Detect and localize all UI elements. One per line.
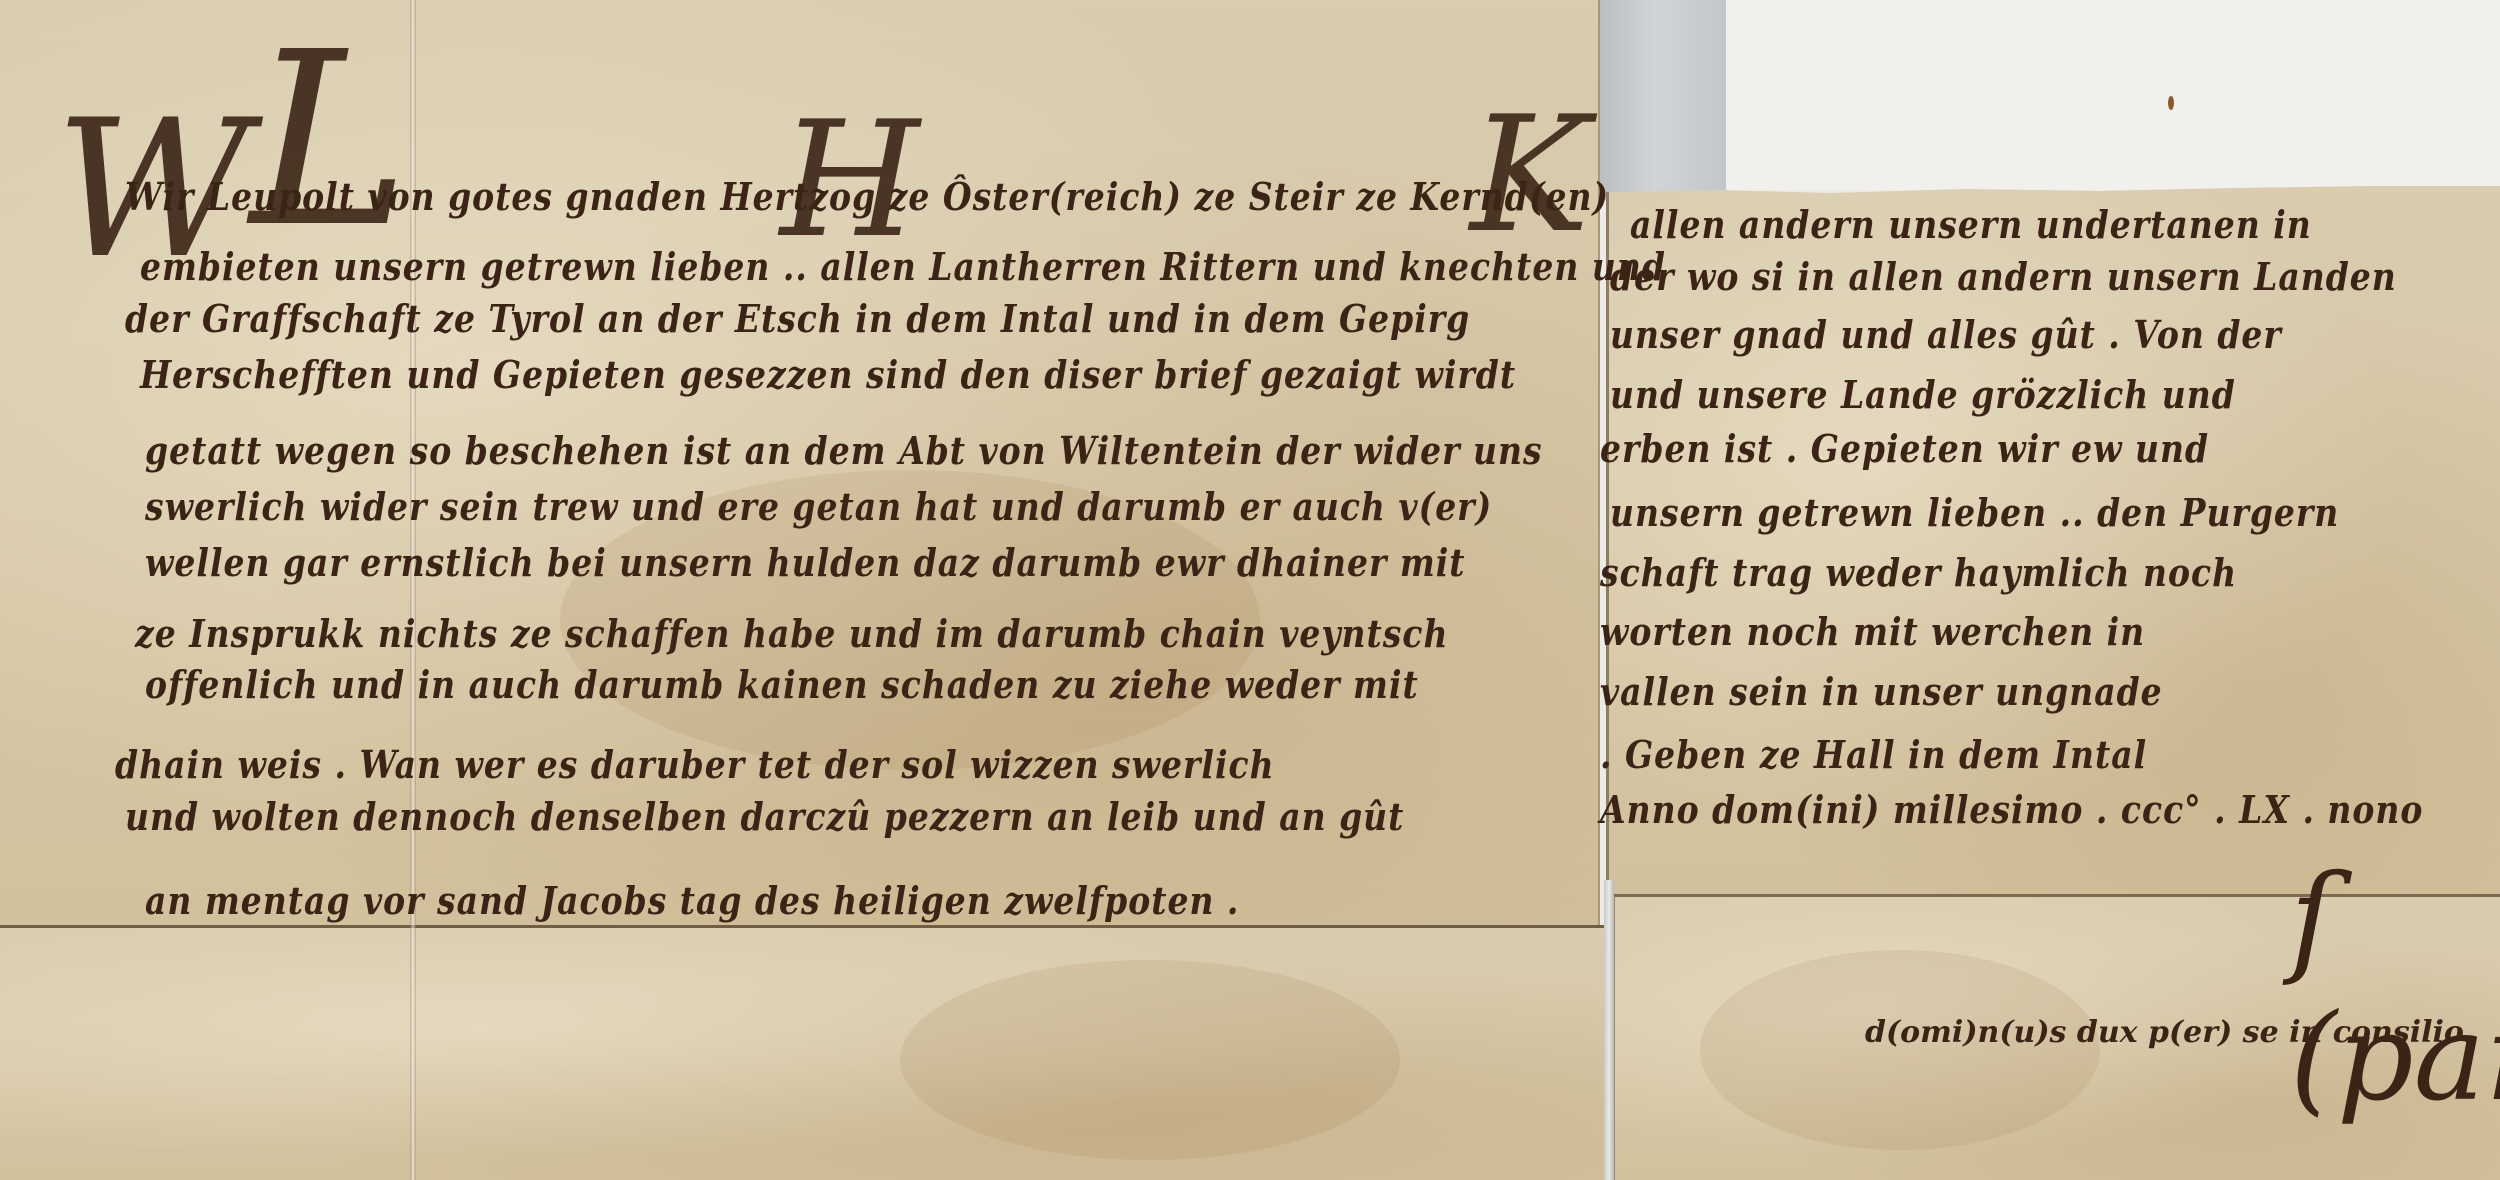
text-line-6-left: swerlich wider sein trew und ere getan h…: [145, 484, 1492, 529]
text-line-6-right: unsern getrewn lieben .. den Purgern: [1610, 490, 2339, 535]
fold-gap: [1604, 880, 1614, 1180]
text-line-4-right: und unsere Lande grözzlich und: [1610, 372, 2236, 417]
text-line-4-left: Herschefften und Gepieten gesezzen sind …: [140, 352, 1516, 397]
text-line-8-right: worten noch mit werchen in: [1600, 609, 2145, 654]
stain: [900, 960, 1400, 1160]
mount-background: [1720, 0, 2500, 190]
text-line-3-right: unser gnad und alles gût . Von der: [1610, 312, 2282, 357]
text-line-11-right: Anno dom(ini) millesimo . ccc° . LX . no…: [1600, 787, 2423, 832]
subscription-note: d(omi)n(u)s dux p(er) se in consilio: [1865, 1015, 2464, 1050]
text-line-3-left: der Graffschaft ze Tyrol an der Etsch in…: [125, 296, 1470, 341]
text-line-1-left: Wir Leupolt von gotes gnaden Hertzog ze …: [125, 174, 1609, 219]
text-line-7-left: wellen gar ernstlich bei unsern hulden d…: [145, 540, 1466, 585]
text-line-5-left: getatt wegen so beschehen ist an dem Abt…: [145, 428, 1543, 473]
hinge-ribbon: [1596, 0, 1726, 200]
text-line-11-left: und wolten dennoch denselben darczû pezz…: [125, 794, 1404, 839]
text-line-10-right: . Geben ze Hall in dem Intal: [1600, 732, 2147, 777]
stain: [1700, 950, 2100, 1150]
text-line-5-right: erben ist . Gepieten wir ew und: [1600, 426, 2209, 471]
notarial-paraph-mark: ſ (paraph): [2290, 850, 2500, 1128]
text-line-9-left: offenlich und in auch darumb kainen scha…: [145, 662, 1419, 707]
text-line-1-right: allen andern unsern undertanen in: [1630, 202, 2312, 247]
text-line-10-left: dhain weis . Wan wer es daruber tet der …: [115, 742, 1275, 787]
initial-L: L: [250, 20, 409, 260]
text-line-7-right: schaft trag weder haymlich noch: [1600, 550, 2237, 595]
text-line-9-right: vallen sein in unser ungnade: [1600, 669, 2163, 714]
text-line-12-left: an mentag vor sand Jacobs tag des heilig…: [145, 878, 1239, 923]
text-line-8-left: ze Insprukk nichts ze schaffen habe und …: [135, 611, 1448, 656]
ink-speck: [2168, 96, 2174, 110]
text-line-2-right: der wo si in allen andern unsern Landen: [1610, 254, 2397, 299]
text-line-2-left: embieten unsern getrewn lieben .. allen …: [140, 244, 1666, 289]
